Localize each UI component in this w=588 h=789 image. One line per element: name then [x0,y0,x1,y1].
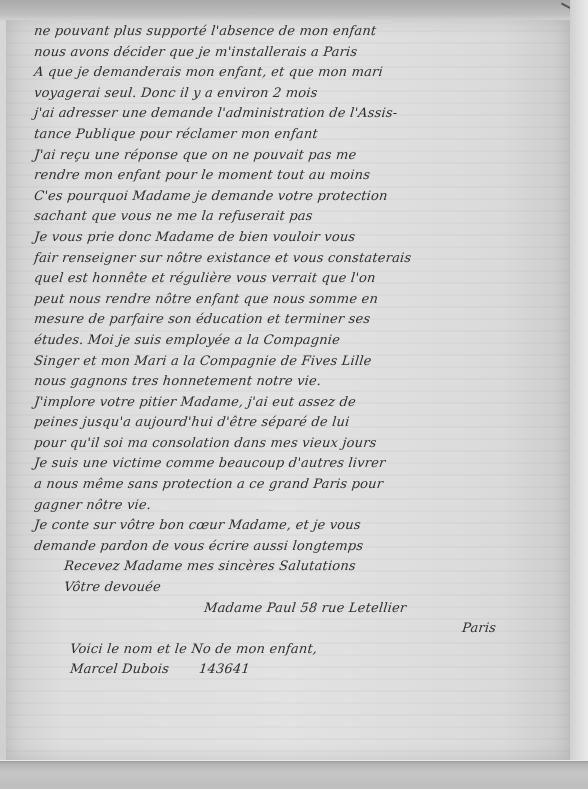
letter-line: Je vous prie donc Madame de bien vouloir… [33,228,565,249]
letter-line: ne pouvant plus supporté l'absence de mo… [33,22,565,43]
postscript-child: Marcel Dubois143641 [33,660,565,681]
letter-line: a nous même sans protection a ce grand P… [33,475,565,496]
letter-line: études. Moi je suis employée a la Compag… [33,331,565,352]
letter-line: pour qu'il soi ma consolation dans mes v… [33,434,565,455]
letter-line: C'es pourquoi Madame je demande votre pr… [33,187,565,208]
letter-line: demande pardon de vous écrire aussi long… [33,537,565,558]
letter-line: fair renseigner sur nôtre existance et v… [33,249,565,270]
postscript-intro: Voici le nom et le No de mon enfant, [33,640,565,661]
letter-line: rendre mon enfant pour le moment tout au… [33,166,565,187]
scan-right-edge [570,0,588,789]
letter-line: quel est honnête et régulière vous verra… [33,269,565,290]
scanned-letter: ne pouvant plus supporté l'absence de mo… [0,0,588,789]
paper-bottom-fold [0,760,588,789]
letter-line: Singer et mon Mari a la Compagnie de Fiv… [33,352,565,373]
letter-body: ne pouvant plus supporté l'absence de mo… [34,22,564,681]
letter-line: Je conte sur vôtre bon cœur Madame, et j… [33,516,565,537]
letter-line: nous gagnons tres honnetement notre vie. [33,372,565,393]
letter-line: tance Publique pour réclamer mon enfant [33,125,565,146]
letter-line: peut nous rendre nôtre enfant que nous s… [33,290,565,311]
closing-salutation: Recevez Madame mes sincères Salutations [33,557,565,578]
closing-devotion: Vôtre devouée [33,578,565,599]
signature-city: Paris [33,619,565,640]
child-name: Marcel Dubois [69,662,169,677]
letter-line: nous avons décider que je m'installerais… [33,43,565,64]
letter-line: mesure de parfaire son éducation et term… [33,310,565,331]
letter-line: Je suis une victime comme beaucoup d'aut… [33,454,565,475]
letter-line: J'ai reçu une réponse que on ne pouvait … [33,146,565,167]
letter-line: peines jusqu'a aujourd'hui d'être séparé… [33,413,565,434]
letter-line: A que je demanderais mon enfant, et que … [33,63,565,84]
letter-line: j'ai adresser une demande l'administrati… [33,104,565,125]
letter-line: voyagerai seul. Donc il y a environ 2 mo… [33,84,565,105]
letter-line: gagner nôtre vie. [33,496,565,517]
letter-line: J'implore votre pitier Madame, j'ai eut … [33,393,565,414]
letter-line: sachant que vous ne me la refuserait pas [33,207,565,228]
child-number: 143641 [198,662,250,677]
signature: Madame Paul 58 rue Letellier [33,599,565,620]
